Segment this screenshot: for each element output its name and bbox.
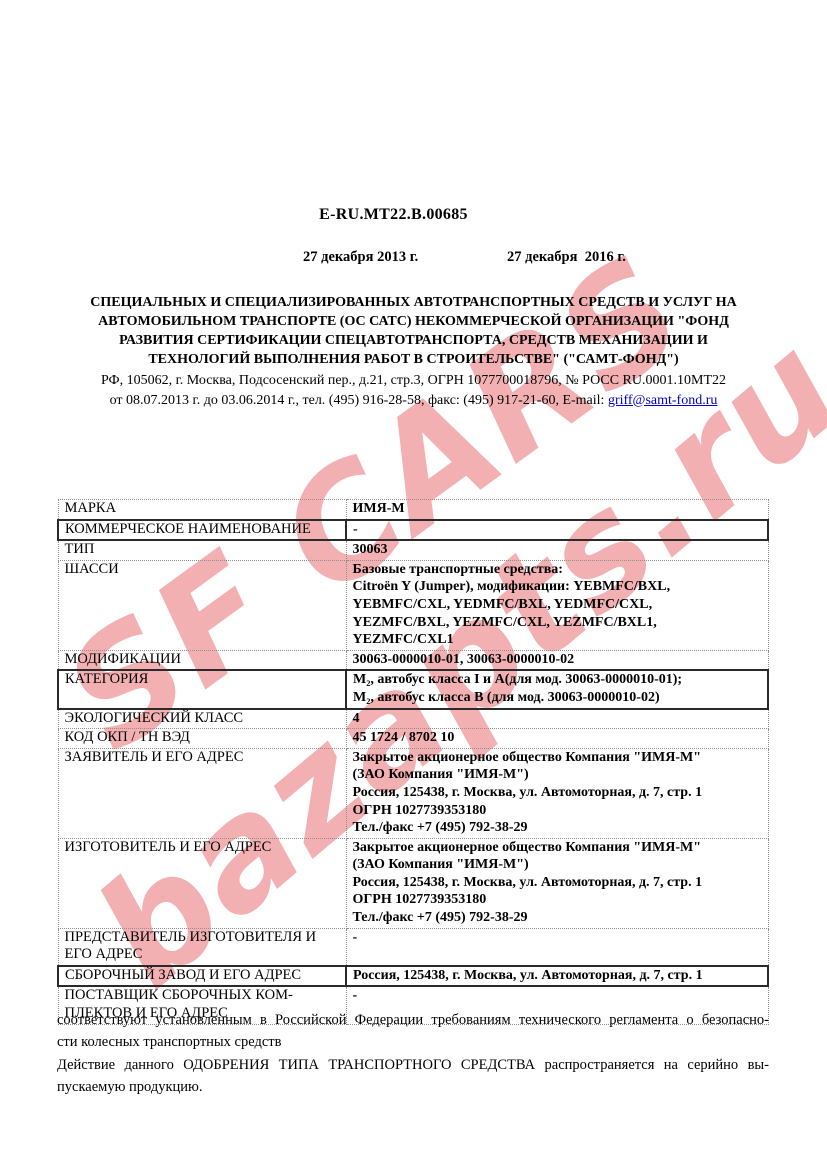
- validity-statement: Действие данного ОДОБРЕНИЯ ТИПА ТРАНСПОР…: [57, 1055, 769, 1098]
- table-row-category: КАТЕГОРИЯ М₂, автобус класса I и А(для м…: [58, 670, 768, 708]
- field-label: ИЗГОТОВИТЕЛЬ И ЕГО АДРЕС: [58, 838, 346, 928]
- field-label: ЗАЯВИТЕЛЬ И ЕГО АДРЕС: [58, 748, 346, 838]
- validity-statement-line-2: пускаемую продукцию.: [57, 1077, 769, 1099]
- table-row-marka: МАРКА ИМЯ-М: [58, 500, 768, 520]
- address-line-1: РФ, 105062, г. Москва, Подсосенский пер.…: [57, 371, 770, 391]
- field-value: 30063: [346, 540, 768, 560]
- field-label: МАРКА: [58, 500, 346, 520]
- field-value: ИМЯ-М: [346, 500, 768, 520]
- compliance-statement: соответствуют установленным в Российской…: [57, 1010, 769, 1053]
- field-value: -: [346, 520, 768, 541]
- field-label: МОДИФИКАЦИИ: [58, 650, 346, 670]
- email-link[interactable]: griff@samt-fond.ru: [608, 393, 717, 408]
- issue-date: 27 декабря 2013 г.: [303, 249, 418, 266]
- certification-body-address: РФ, 105062, г. Москва, Подсосенский пер.…: [57, 371, 770, 410]
- vehicle-approval-table: МАРКА ИМЯ-М КОММЕРЧЕСКОЕ НАИМЕНОВАНИЕ - …: [57, 499, 769, 1025]
- field-value: Закрытое акционерное общество Компания "…: [346, 748, 768, 838]
- field-label: СБОРОЧНЫЙ ЗАВОД И ЕГО АДРЕС: [58, 966, 346, 987]
- compliance-statement-line-2: сти колесных транспортных средств: [57, 1032, 769, 1054]
- field-value: Базовые транспортные средства: Citroën Y…: [346, 560, 768, 650]
- table-row-applicant: ЗАЯВИТЕЛЬ И ЕГО АДРЕС Закрытое акционерн…: [58, 748, 768, 838]
- field-label: ТИП: [58, 540, 346, 560]
- field-label: КОД ОКП / ТН ВЭД: [58, 729, 346, 749]
- table-row-eco-class: ЭКОЛОГИЧЕСКИЙ КЛАСС 4: [58, 709, 768, 729]
- validity-statement-line-1: Действие данного ОДОБРЕНИЯ ТИПА ТРАНСПОР…: [57, 1055, 769, 1077]
- field-value: Россия, 125438, г. Москва, ул. Автомотор…: [346, 966, 768, 987]
- address-line-2-text: от 08.07.2013 г. до 03.06.2014 г., тел. …: [110, 393, 608, 408]
- address-line-2: от 08.07.2013 г. до 03.06.2014 г., тел. …: [57, 391, 770, 411]
- field-label: ЭКОЛОГИЧЕСКИЙ КЛАСС: [58, 709, 346, 729]
- field-value: 4: [346, 709, 768, 729]
- table-row-commercial-name: КОММЕРЧЕСКОЕ НАИМЕНОВАНИЕ -: [58, 520, 768, 541]
- field-value: М₂, автобус класса I и А(для мод. 30063-…: [346, 670, 768, 708]
- table-row-chassis: ШАССИ Базовые транспортные средства: Cit…: [58, 560, 768, 650]
- table-row-type: ТИП 30063: [58, 540, 768, 560]
- field-label: ПРЕДСТАВИТЕЛЬ ИЗГОТОВИТЕЛЯ И ЕГО АДРЕС: [58, 928, 346, 966]
- expiry-date: 27 декабря 2016 г.: [507, 249, 626, 266]
- table-row-modifications: МОДИФИКАЦИИ 30063-0000010-01, 30063-0000…: [58, 650, 768, 670]
- field-value: 30063-0000010-01, 30063-0000010-02: [346, 650, 768, 670]
- table-row-assembly-plant: СБОРОЧНЫЙ ЗАВОД И ЕГО АДРЕС Россия, 1254…: [58, 966, 768, 987]
- table-row-representative: ПРЕДСТАВИТЕЛЬ ИЗГОТОВИТЕЛЯ И ЕГО АДРЕС -: [58, 928, 768, 966]
- field-label: КОММЕРЧЕСКОЕ НАИМЕНОВАНИЕ: [58, 520, 346, 541]
- field-value: Закрытое акционерное общество Компания "…: [346, 838, 768, 928]
- field-label: ШАССИ: [58, 560, 346, 650]
- field-label: КАТЕГОРИЯ: [58, 670, 346, 708]
- table-row-manufacturer: ИЗГОТОВИТЕЛЬ И ЕГО АДРЕС Закрытое акцион…: [58, 838, 768, 928]
- approval-number: E-RU.MT22.B.00685: [57, 206, 770, 224]
- document-page: SF CARS bazapts.ru E-RU.MT22.B.00685 27 …: [0, 0, 827, 1170]
- certification-body-name: СПЕЦИАЛЬНЫХ И СПЕЦИАЛИЗИРОВАННЫХ АВТОТРА…: [57, 293, 770, 369]
- field-value: -: [346, 928, 768, 966]
- table-row-okp-code: КОД ОКП / ТН ВЭД 45 1724 / 8702 10: [58, 729, 768, 749]
- field-value: 45 1724 / 8702 10: [346, 729, 768, 749]
- compliance-statement-line-1: соответствуют установленным в Российской…: [57, 1010, 769, 1032]
